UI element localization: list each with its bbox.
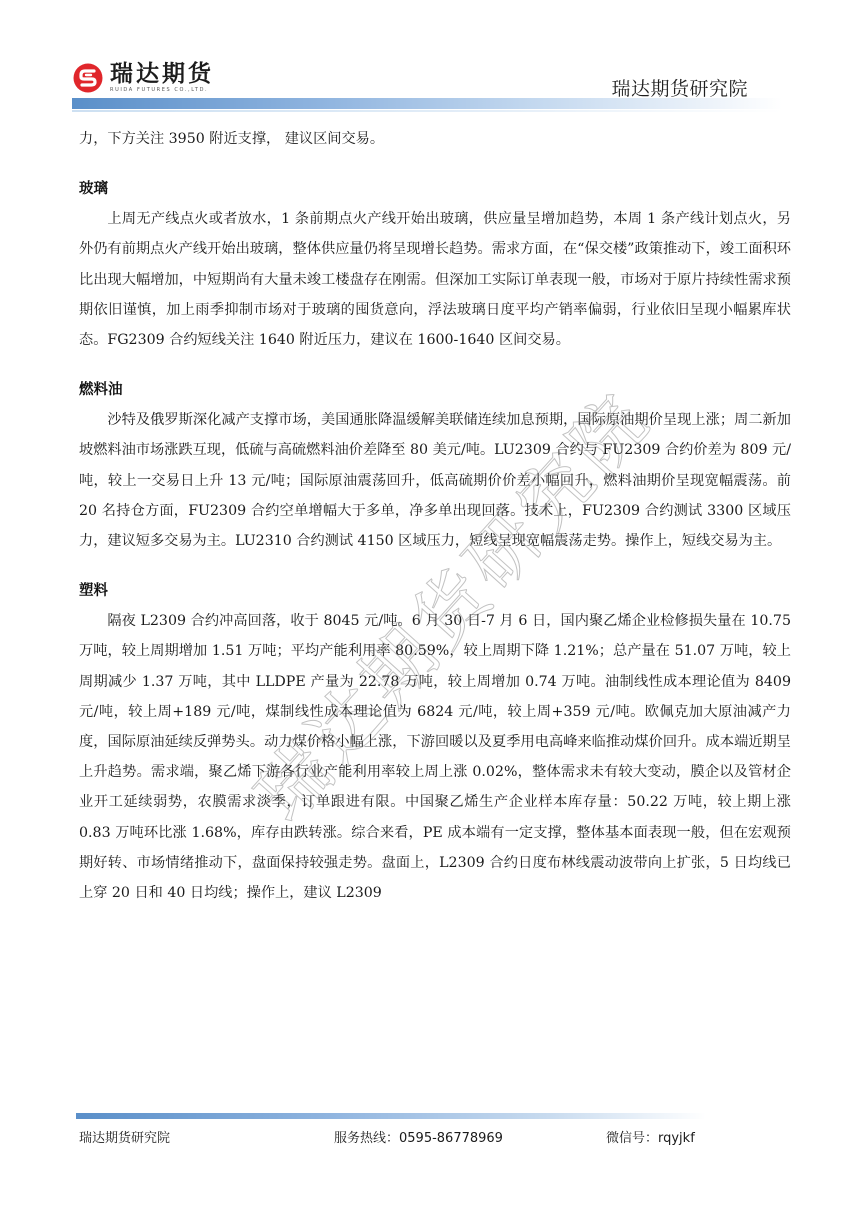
section-heading-glass: 玻璃 <box>79 174 791 204</box>
section-body-plastics: 隔夜 L2309 合约冲高回落，收于 8045 元/吨。6 月 30 日-7 月… <box>79 606 791 908</box>
section-heading-plastics: 塑料 <box>79 576 791 606</box>
header-divider-line <box>72 110 782 112</box>
header-divider-bar <box>72 98 782 109</box>
section-body-glass: 上周无产线点火或者放水，1 条前期点火产线开始出玻璃，供应量呈增加趋势，本周 1… <box>79 204 791 355</box>
header-title: 瑞达期货研究院 <box>611 74 748 101</box>
footer-hotline: 服务热线：0595-86778969 <box>334 1127 503 1146</box>
company-logo: 瑞达期货 RUIDA FUTURES CO.,LTD. <box>72 60 214 96</box>
page-footer: 瑞达期货研究院 服务热线：0595-86778969 微信号：rqyjkf <box>79 1127 791 1147</box>
ruida-logo-icon <box>72 62 104 94</box>
footer-org-name: 瑞达期货研究院 <box>79 1127 170 1146</box>
footer-wechat: 微信号：rqyjkf <box>606 1127 695 1146</box>
logo-chinese-name: 瑞达期货 <box>110 62 214 86</box>
footer-divider-bar <box>76 1113 706 1119</box>
section-body-fuel-oil: 沙特及俄罗斯深化减产支撑市场，美国通胀降温缓解美联储连续加息预期，国际原油期价呈… <box>79 405 791 556</box>
logo-english-name: RUIDA FUTURES CO.,LTD. <box>110 87 214 94</box>
report-body: 力，下方关注 3950 附近支撑， 建议区间交易。 玻璃 上周无产线点火或者放水… <box>79 124 791 908</box>
previous-section-continuation: 力，下方关注 3950 附近支撑， 建议区间交易。 <box>79 124 791 154</box>
section-heading-fuel-oil: 燃料油 <box>79 375 791 405</box>
page-header: 瑞达期货 RUIDA FUTURES CO.,LTD. 瑞达期货研究院 <box>0 0 860 115</box>
